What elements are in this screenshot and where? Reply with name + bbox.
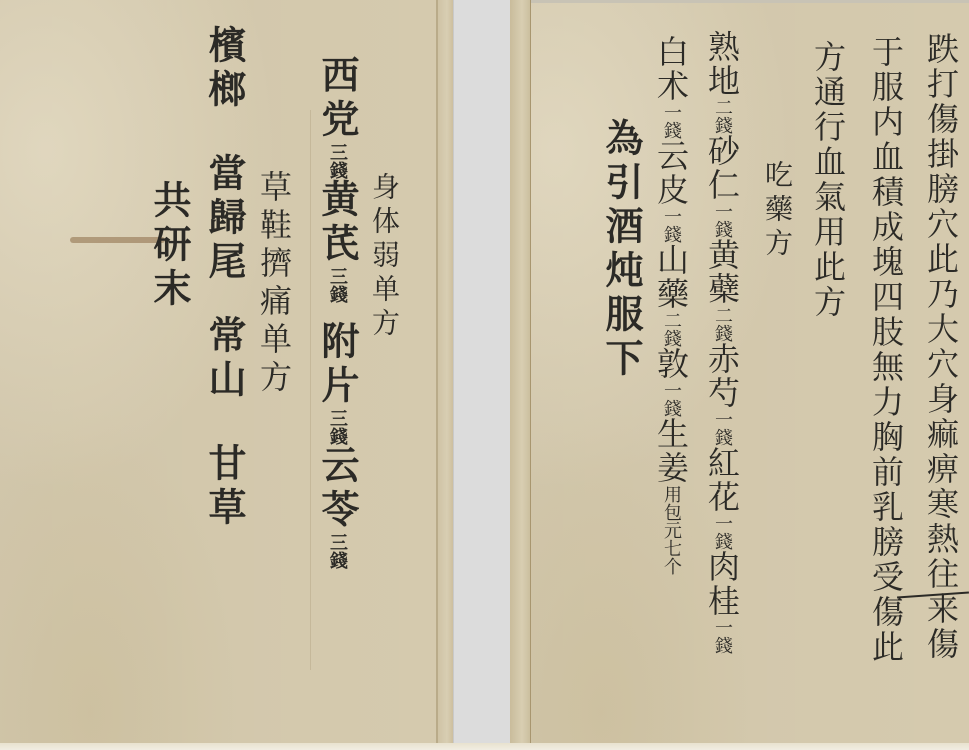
page-bottom-edge bbox=[0, 743, 969, 750]
ingredient-column-oral-1: 熟地二錢砂仁一錢黄蘗二錢赤芍一錢紅花一錢肉桂一錢 bbox=[706, 30, 738, 654]
instruction-grind-powder: 共研末 bbox=[150, 180, 188, 312]
text-column-injury-description-1: 跌打傷掛膀穴此乃大穴身痲痹寒熱往来傷 bbox=[925, 32, 957, 662]
recipe-title-weak-body: 身体弱单方 bbox=[370, 172, 398, 342]
instruction-serve-with-wine: 為引酒炖服下 bbox=[602, 118, 640, 382]
ingredient-column-straw-shoe: 檳榔當歸尾常山甘草 bbox=[205, 25, 243, 531]
page-gutter bbox=[453, 0, 512, 750]
recipe-title-straw-shoe-pain: 草鞋擠痛单方 bbox=[258, 170, 290, 398]
ingredient-column-oral-2: 白术一錢云皮一錢山藥二錢敦一錢生姜用包元七个 bbox=[655, 35, 687, 575]
text-column-injury-description-2: 于服内血積成塊四肢無力胸前乳膀受傷此 bbox=[870, 35, 902, 665]
column-rule-line bbox=[310, 110, 311, 670]
ingredient-column-weak-body: 西党三錢黄芪三錢附片三錢云苓三錢 bbox=[318, 55, 356, 569]
recipe-title-oral-medicine: 吃藥方 bbox=[763, 160, 791, 262]
right-page-fold-edge bbox=[510, 0, 531, 750]
left-page-fold-edge bbox=[438, 0, 453, 750]
left-page: 身体弱单方 西党三錢黄芪三錢附片三錢云苓三錢 草鞋擠痛单方 檳榔當歸尾常山甘草 … bbox=[0, 0, 453, 750]
right-page-top-edge bbox=[510, 0, 969, 3]
text-column-injury-description-3: 方通行血氣用此方 bbox=[812, 40, 844, 320]
